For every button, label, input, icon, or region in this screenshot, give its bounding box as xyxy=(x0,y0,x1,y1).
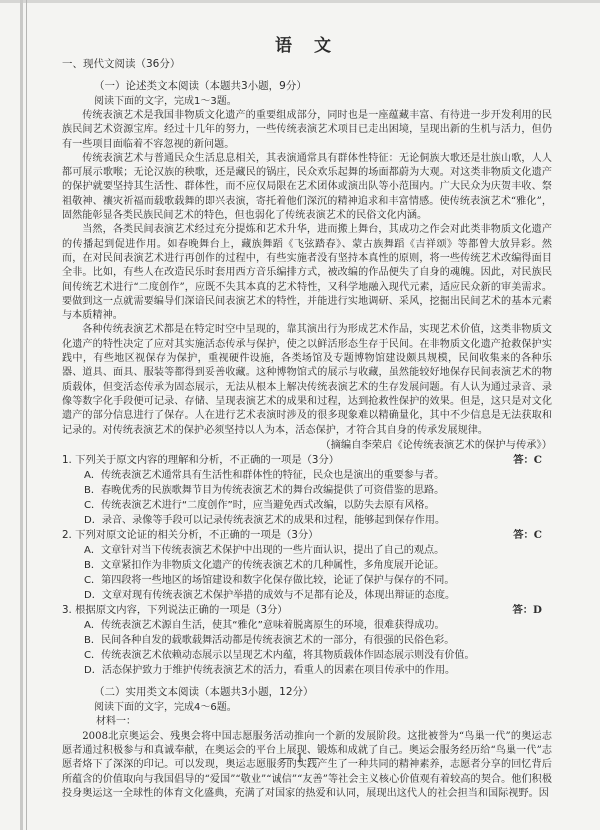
question-stem: 3. 根据原文内容，下列说法正确的一项是（3分） xyxy=(62,604,288,616)
part2-heading: （二）实用类文本阅读（本题共3小题，12分） xyxy=(94,686,552,701)
question-2: 2. 下列对原文论证的相关分析，不正确的一项是（3分） 答：C xyxy=(62,529,552,544)
option-c: C．传统表演艺术依赖动态展示以呈现艺术内蕴，将其物质载体作固态展示则没有价值。 xyxy=(84,649,552,664)
option-c: C．第四段将一些地区的场馆建设和数字化保存做比较，论证了保护与保存的不同。 xyxy=(84,574,552,589)
material-label: 材料一： xyxy=(96,715,552,730)
passage-paragraph: 传统表演艺术与普通民众生活息息相关，其表演通常具有群体性特征：无论侗族大歌还是壮… xyxy=(62,152,552,223)
binding-edge xyxy=(20,0,23,830)
option-b: B．春晚优秀的民族歌舞节目为传统表演艺术的舞台改编提供了可资借鉴的思路。 xyxy=(84,484,552,499)
question-3: 3. 根据原文内容，下列说法正确的一项是（3分） 答：D xyxy=(62,604,552,619)
option-a: A．文章针对当下传统表演艺术保护中出现的一些片面认识，提出了自己的观点。 xyxy=(84,544,552,559)
passage-paragraph: 当然，各类民间表演艺术经过充分提炼和艺术升华，进而搬上舞台，其成功之作会对此类非… xyxy=(62,223,552,323)
question-stem: 1. 下列关于原文内容的理解和分析，不正确的一项是（3分） xyxy=(62,454,339,466)
option-b: B．文章紧扣作为非物质文化遗产的传统表演艺术的几种属性，多角度展开论证。 xyxy=(84,559,552,574)
passage-paragraph: 传统表演艺术是我国非物质文化遗产的重要组成部分，同时也是一座蕴藏丰富、有待进一步… xyxy=(62,109,552,152)
question-1: 1. 下列关于原文内容的理解和分析，不正确的一项是（3分） 答：C xyxy=(62,454,552,469)
option-d: D．活态保护致力于维护传统表演艺术的活力，看重人的因素在项目传承中的作用。 xyxy=(84,664,552,679)
option-d: D．录音、录像等手段可以记录传统表演艺术的成果和过程，能够起到保存作用。 xyxy=(84,514,552,529)
page-title: 语 文 xyxy=(62,40,552,58)
option-a: A．传统表演艺术源自生活，使其“雅化”意味着脱离原生的环境，很难获得成功。 xyxy=(84,619,552,634)
scan-edge xyxy=(0,0,600,3)
option-c: C．传统表演艺术进行“二度创作”时，应当避免西式改编，以防失去原有风格。 xyxy=(84,499,552,514)
question-answer: 答：C xyxy=(513,454,542,467)
part1-instruction: 阅读下面的文字，完成1～3题。 xyxy=(94,95,552,109)
option-b: B．民间各种自发的载歌载舞活动都是传统表演艺术的一部分，有很强的民俗色彩。 xyxy=(84,634,552,649)
question-answer: 答：D xyxy=(512,604,542,617)
passage-source: （摘编自李荣启《论传统表演艺术的保护与传承》） xyxy=(62,439,552,454)
exam-page: 语 文 一、现代文阅读（36分） （一）论述类文本阅读（本题共3小题，9分） 阅… xyxy=(62,40,552,801)
material-paragraph: 2008北京奥运会、残奥会将中国志愿服务活动推向一个新的发展阶段。这批被誉为“鸟… xyxy=(62,730,552,801)
option-a: A．传统表演艺术通常具有生活性和群体性的特征，民众也是演出的重要参与者。 xyxy=(84,469,552,484)
section-heading: 一、现代文阅读（36分） xyxy=(62,58,552,73)
part1-heading: （一）论述类文本阅读（本题共3小题，9分） xyxy=(94,80,552,95)
option-d: D．文章对现有传统表演艺术保护举措的成效与不足都有论及，体现出辩证的态度。 xyxy=(84,589,552,604)
question-stem: 2. 下列对原文论证的相关分析，不正确的一项是（3分） xyxy=(62,529,318,541)
page-number: — 1 — xyxy=(0,751,600,765)
question-answer: 答：C xyxy=(513,529,542,542)
passage-paragraph: 各种传统表演艺术都是在特定时空中呈现的，靠其演出行为形成艺术作品，实现艺术价值，… xyxy=(62,323,552,437)
binding-edge-inner xyxy=(26,0,27,830)
part2-instruction: 阅读下面的文字，完成4～6题。 xyxy=(94,701,552,715)
